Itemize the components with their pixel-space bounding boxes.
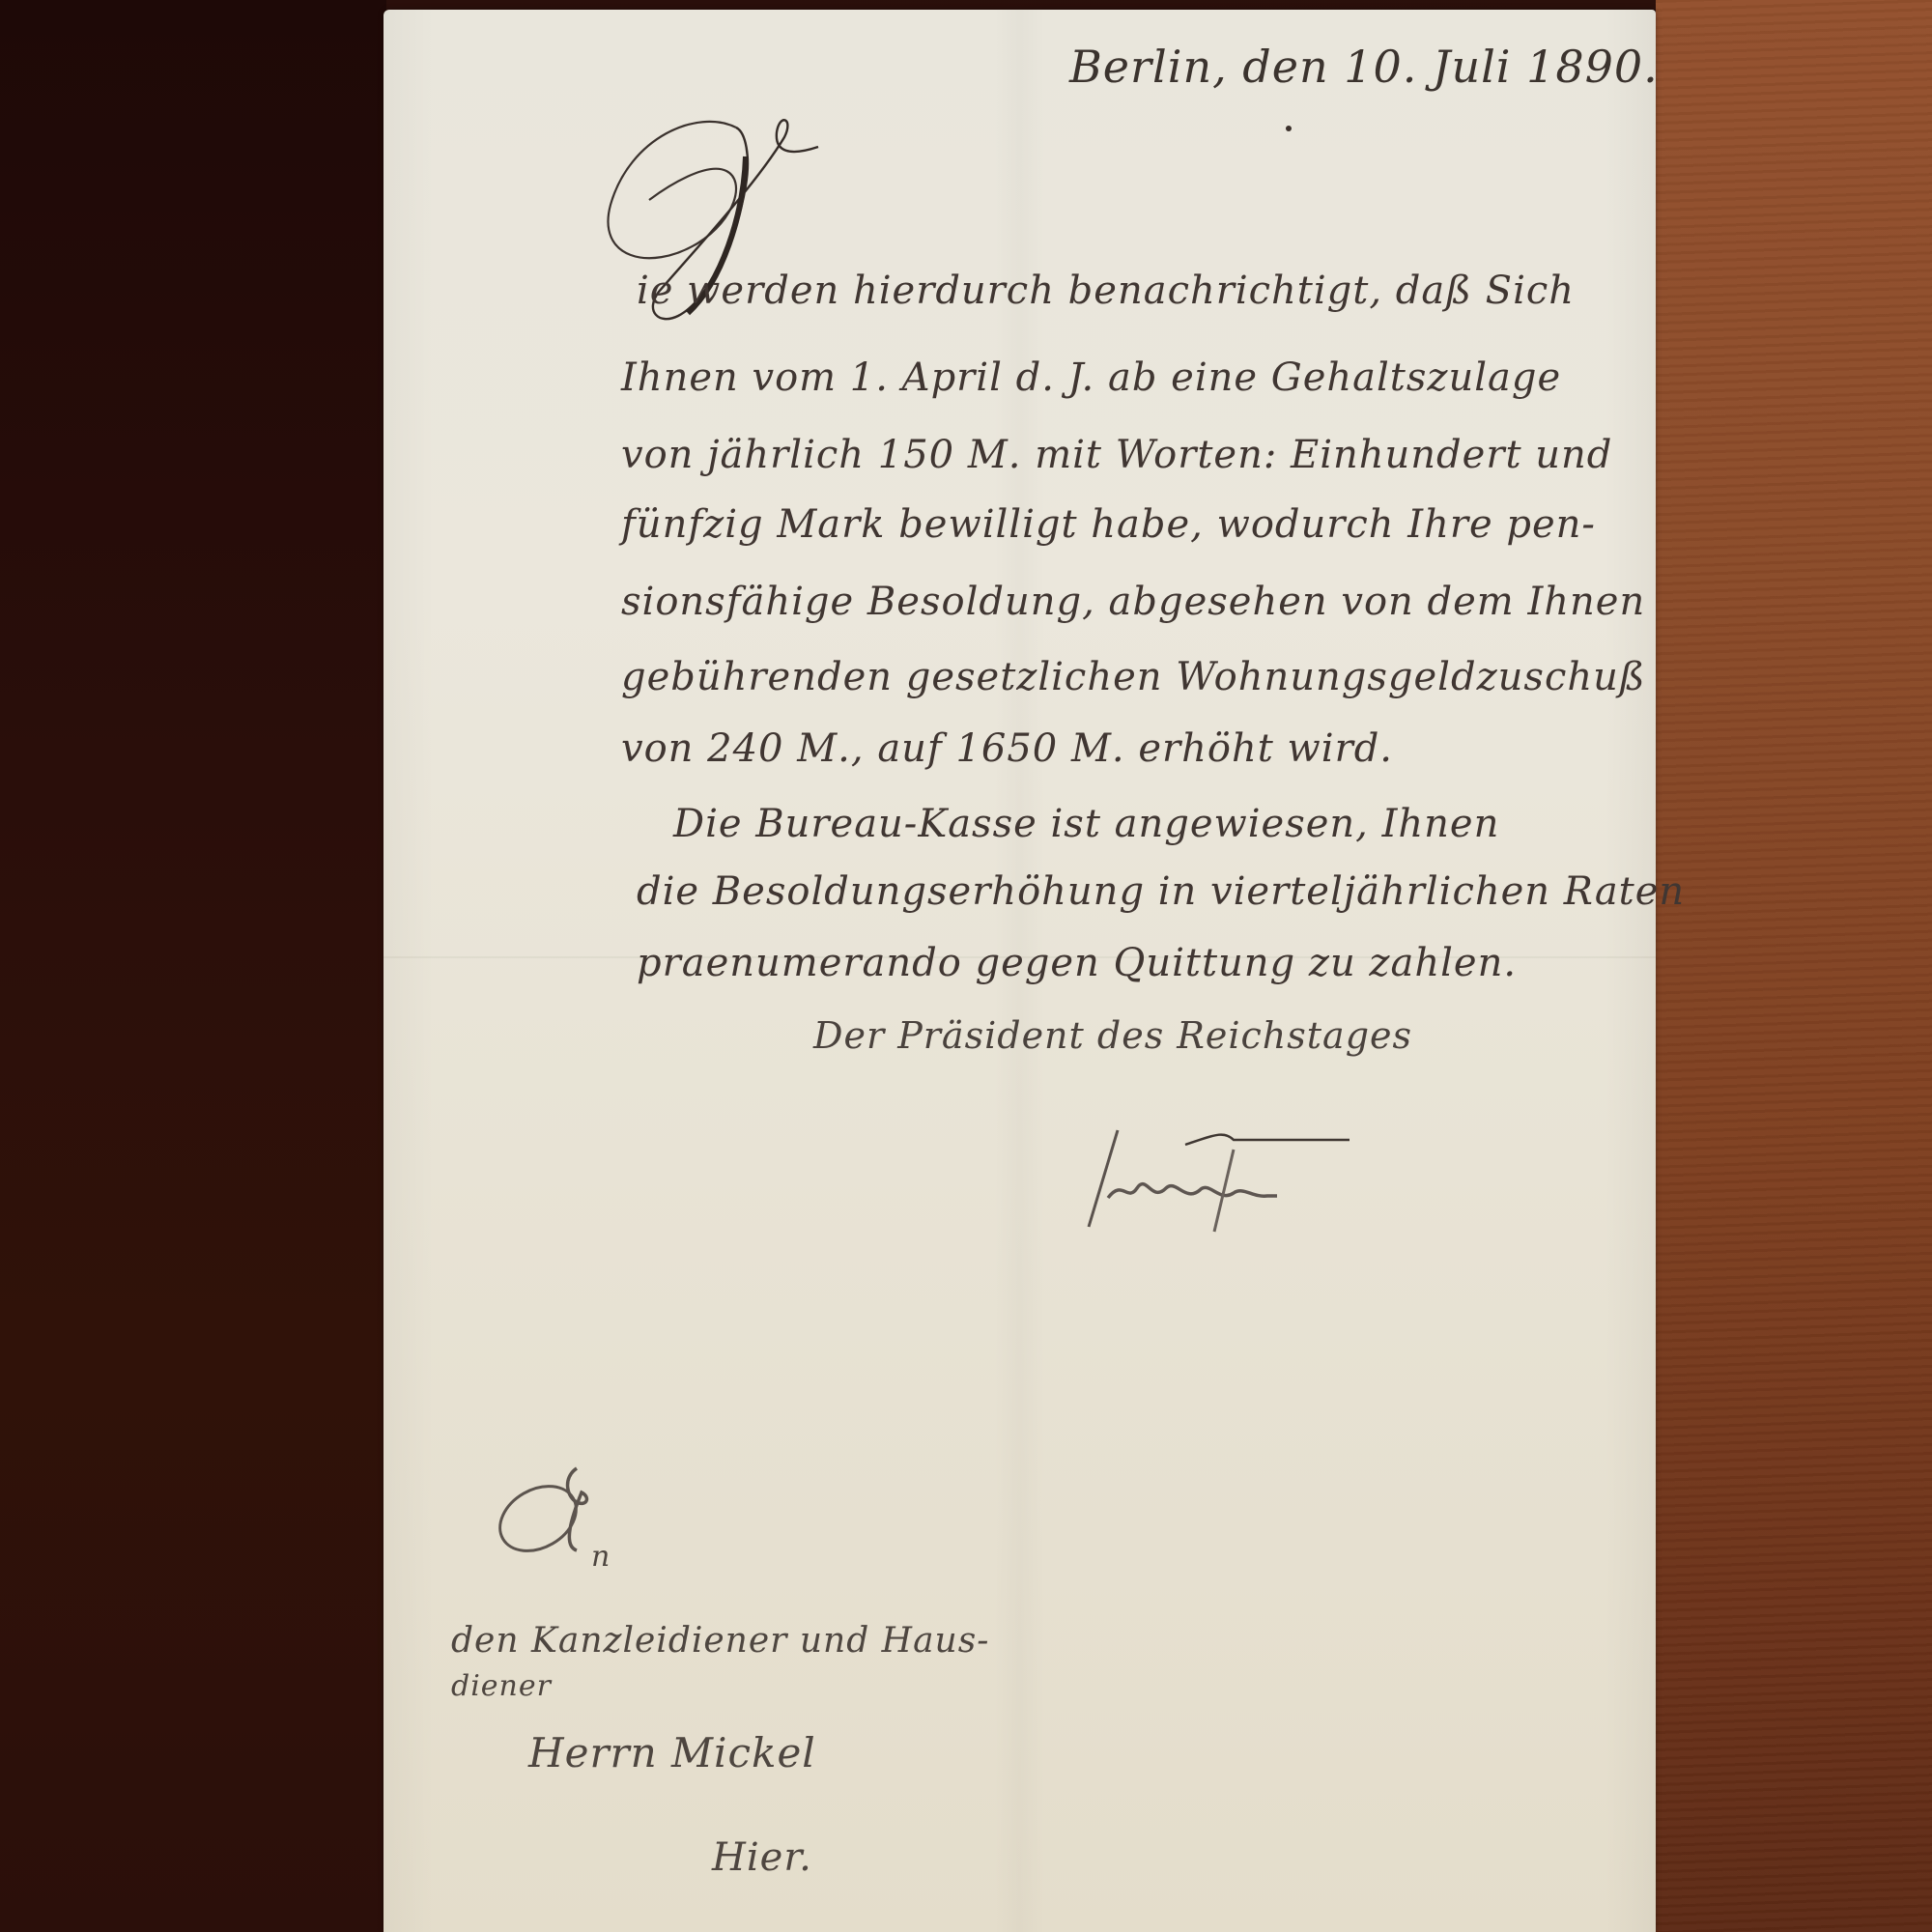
date-line: Berlin, den 10. Juli 1890. [1069,41,1659,93]
table-surface-left [0,0,386,1932]
table-surface-right [1656,0,1932,1932]
letter-paper: Berlin, den 10. Juli 1890. ie werden hie… [384,10,1656,1932]
body-line: von 240 M., auf 1650 M. erhöht wird. [621,726,1393,771]
address-line-an: n [591,1540,611,1574]
body-line: ie werden hierdurch benachrichtigt, daß … [637,269,1575,313]
body-line: gebührenden gesetzlichen Wohnungsgeldzus… [621,655,1646,699]
address-recipient: Herrn Mickel [528,1729,816,1776]
body-line: praenumerando gegen Quittung zu zahlen. [637,941,1517,985]
body-line: fünfzig Mark bewilligt habe, wodurch Ihr… [621,502,1596,547]
closing-title: Der Präsident des Reichstages [813,1014,1412,1057]
body-line: von jährlich 150 M. mit Worten: Einhunde… [621,433,1612,477]
body-line: Ihnen vom 1. April d. J. ab eine Gehalts… [621,355,1561,400]
address-location: Hier. [712,1835,812,1880]
body-line: Die Bureau-Kasse ist angewiesen, Ihnen [673,802,1499,846]
body-line: die Besoldungserhöhung in vierteljährlic… [637,869,1685,914]
ink-dot [1286,126,1292,131]
signature [1079,1111,1369,1236]
address-line: den Kanzleidiener und Haus- [451,1621,989,1661]
body-line: sionsfähige Besoldung, abgesehen von dem… [621,580,1645,624]
address-line: diener [451,1669,552,1703]
